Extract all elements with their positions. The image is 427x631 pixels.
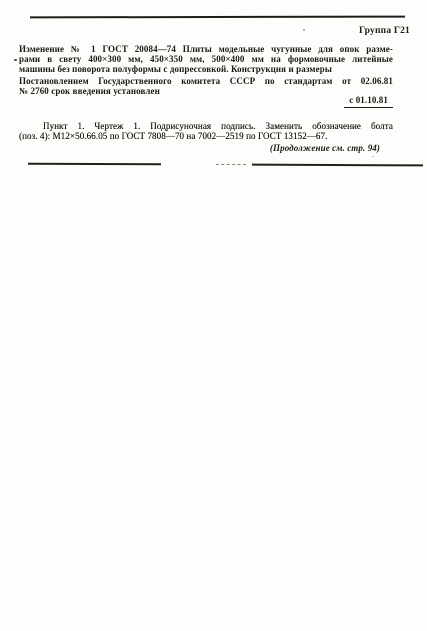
amendment-heading-line: машины без поворота полуформы с допрессо… (19, 64, 393, 74)
effective-date-row: с 01.10.81 (19, 95, 393, 108)
item-line: Пункт 1. Чертеж 1. Подрисуночная подпись… (19, 121, 393, 131)
continuation-note: (Продолжение см. стр. 94) (19, 143, 393, 153)
item-paragraph: Пункт 1. Чертеж 1. Подрисуночная подпись… (19, 121, 393, 141)
top-rule (30, 16, 405, 19)
scan-speck (14, 59, 17, 61)
document-page: Группа Г21 Изменение № 1 ГОСТ 20084—74 П… (0, 0, 427, 631)
amendment-heading: Изменение № 1 ГОСТ 20084—74 Плиты модель… (19, 44, 393, 74)
item-line: (поз. 4): М12×50.66.05 по ГОСТ 7808—70 н… (19, 131, 393, 141)
scan-speck (303, 29, 305, 31)
effective-date: с 01.10.81 (344, 95, 393, 108)
amendment-heading-line: рами в свету 400×300 мм, 450×350 мм, 500… (19, 54, 393, 64)
bottom-rule-left-segment (28, 163, 161, 165)
decree-paragraph: Постановлением Государственного комитета… (19, 76, 393, 96)
bottom-rule-faded-segment (216, 164, 246, 165)
amendment-heading-line: Изменение № 1 ГОСТ 20084—74 Плиты модель… (19, 44, 393, 54)
decree-line: Постановлением Государственного комитета… (19, 76, 393, 86)
bottom-rule-right-segment (252, 164, 423, 167)
scan-speck (372, 156, 374, 157)
group-label: Группа Г21 (0, 26, 410, 36)
